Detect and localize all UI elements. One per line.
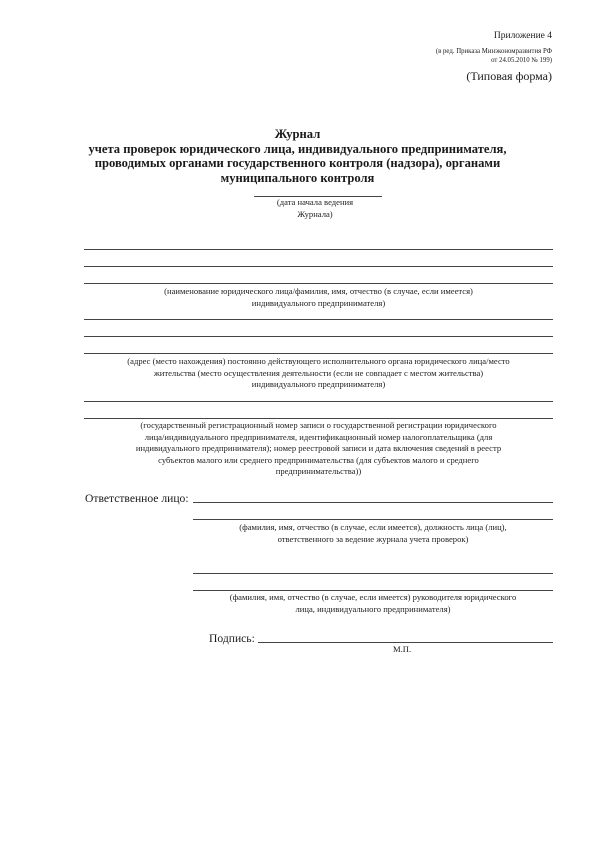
- signature-field[interactable]: [258, 642, 553, 643]
- title-line: Журнал: [70, 127, 525, 142]
- caption-line: субъектов малого или среднего предприним…: [84, 455, 553, 467]
- head-person-field-2[interactable]: [193, 590, 553, 591]
- responsible-person-field-2[interactable]: [193, 519, 553, 520]
- caption-line: (дата начала ведения: [240, 197, 390, 209]
- caption-line: лица, индивидуального предпринимателя): [193, 604, 553, 616]
- edition-note-line: от 24.05.2010 № 199): [312, 57, 552, 66]
- entity-name-field-1[interactable]: [84, 249, 553, 250]
- caption-line: (адрес (место нахождения) постоянно дейс…: [84, 356, 553, 368]
- caption-line: лица/индивидуального предпринимателя, ид…: [84, 432, 553, 444]
- caption-line: предпринимательства)): [84, 466, 553, 478]
- address-field-2[interactable]: [84, 336, 553, 337]
- caption-line: (фамилия, имя, отчество (в случае, если …: [193, 522, 553, 534]
- registration-caption: (государственный регистрационный номер з…: [84, 420, 553, 478]
- address-caption: (адрес (место нахождения) постоянно дейс…: [84, 356, 553, 391]
- caption-line: индивидуального предпринимателя): [84, 298, 553, 310]
- entity-name-field-3[interactable]: [84, 283, 553, 284]
- entity-name-field-2[interactable]: [84, 266, 553, 267]
- responsible-person-label: Ответственное лицо:: [85, 492, 189, 505]
- edition-note-line: (в ред. Приказа Минэкономразвития РФ: [312, 48, 552, 57]
- caption-line: индивидуального предпринимателя): [84, 379, 553, 391]
- caption-line: жительства (место осуществления деятельн…: [84, 368, 553, 380]
- title-line: учета проверок юридического лица, индиви…: [70, 142, 525, 157]
- edition-note: (в ред. Приказа Минэкономразвития РФ от …: [312, 48, 552, 65]
- entity-name-caption: (наименование юридического лица/фамилия,…: [84, 286, 553, 309]
- caption-line: (наименование юридического лица/фамилия,…: [84, 286, 553, 298]
- responsible-person-field-1[interactable]: [193, 502, 553, 503]
- form-type-label: (Типовая форма): [466, 69, 552, 84]
- journal-start-date-caption: (дата начала ведения Журнала): [240, 197, 390, 220]
- signature-label: Подпись:: [209, 632, 255, 645]
- registration-field-2[interactable]: [84, 418, 553, 419]
- stamp-place-label: М.П.: [393, 644, 411, 654]
- address-field-1[interactable]: [84, 319, 553, 320]
- document-title: Журнал учета проверок юридического лица,…: [70, 127, 525, 186]
- caption-line: (государственный регистрационный номер з…: [84, 420, 553, 432]
- title-line: муниципального контроля: [70, 171, 525, 186]
- caption-line: индивидуального предпринимателя); номер …: [84, 443, 553, 455]
- title-line: проводимых органами государственного кон…: [70, 156, 525, 171]
- appendix-number: Приложение 4: [494, 31, 552, 41]
- caption-line: Журнала): [240, 209, 390, 221]
- head-person-caption: (фамилия, имя, отчество (в случае, если …: [193, 592, 553, 615]
- head-person-field-1[interactable]: [193, 573, 553, 574]
- address-field-3[interactable]: [84, 353, 553, 354]
- caption-line: ответственного за ведение журнала учета …: [193, 534, 553, 546]
- caption-line: (фамилия, имя, отчество (в случае, если …: [193, 592, 553, 604]
- responsible-person-caption: (фамилия, имя, отчество (в случае, если …: [193, 522, 553, 545]
- registration-field-1[interactable]: [84, 401, 553, 402]
